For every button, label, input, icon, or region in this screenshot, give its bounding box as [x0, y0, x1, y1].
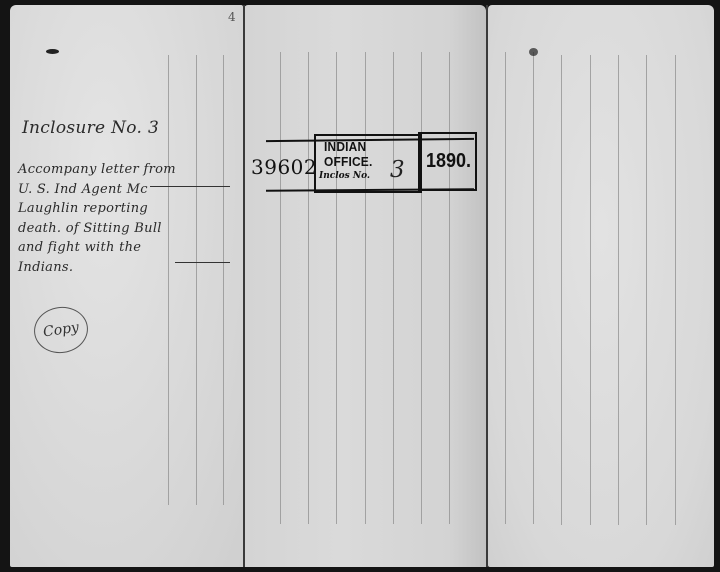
description-line: death. of Sitting Bull: [18, 219, 228, 239]
description-line: U. S. Ind Agent Mc: [18, 180, 228, 200]
underline-stroke: [150, 186, 230, 187]
ink-blot-mark: [529, 48, 538, 56]
indian-office-stamp: 39602 INDIAN OFFICE. Inclos No. 3 1890.: [250, 131, 476, 195]
stamp-year: 1890.: [426, 150, 471, 173]
description-line: and fight with the: [18, 238, 228, 258]
description-line: Accompany letter from: [18, 160, 228, 180]
stamp-year-box: 1890.: [418, 132, 477, 191]
description-line: Indians.: [18, 258, 228, 278]
stamp-office-box: INDIAN OFFICE. Inclos No. 3: [314, 134, 422, 193]
stamp-enclosure-number: 3: [390, 157, 405, 183]
fold-crease-right: [486, 5, 488, 567]
document-panel-left: [10, 5, 243, 567]
stamp-enclosure-label: Inclos No.: [319, 171, 370, 181]
underline-stroke: [175, 262, 230, 263]
document-panel-right: [488, 5, 714, 567]
fold-crease-left: [243, 5, 245, 567]
description-line: Laughlin reporting: [18, 199, 228, 219]
corner-page-mark: 4: [228, 10, 236, 24]
copy-note-text: Copy: [42, 320, 80, 341]
enclosure-description: Accompany letter from U. S. Ind Agent Mc…: [18, 160, 228, 277]
ink-blot-mark: [46, 49, 59, 54]
enclosure-title: Inclosure No. 3: [22, 118, 159, 138]
stamp-file-number: 39602: [251, 155, 317, 179]
